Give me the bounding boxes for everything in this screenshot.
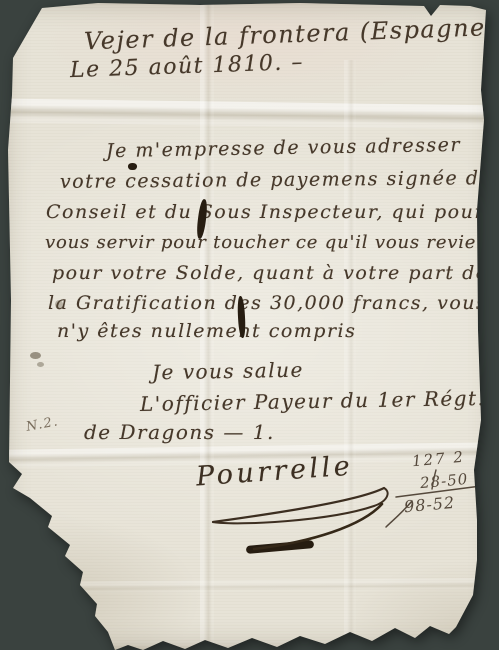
paper-edge-shading	[0, 0, 499, 650]
scanned-letter-photo: Vejer de la frontera (Espagne). Le 25 ao…	[0, 0, 499, 650]
paper-sheet: Vejer de la frontera (Espagne). Le 25 ao…	[0, 0, 499, 650]
paper-sheet-wrapper: Vejer de la frontera (Espagne). Le 25 ao…	[0, 0, 499, 650]
